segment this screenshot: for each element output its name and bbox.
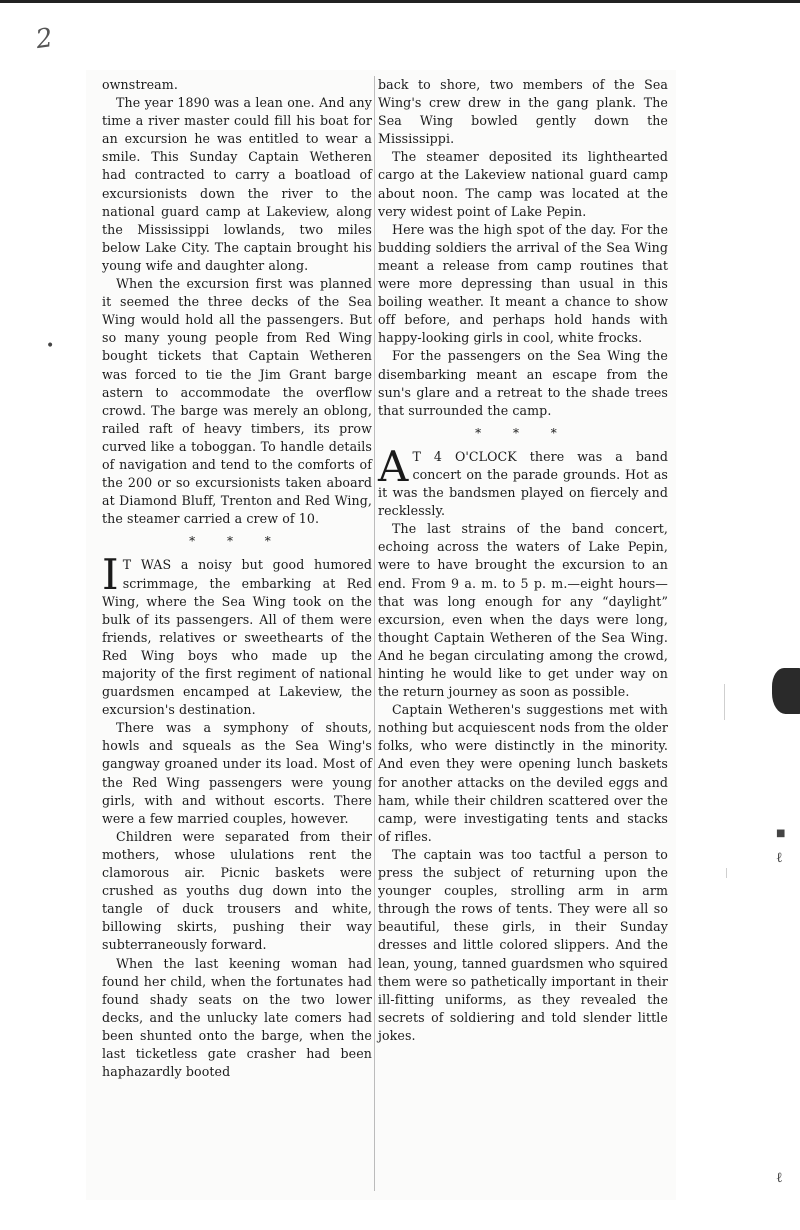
section-separator: * * * [378,424,668,442]
article-column-right: back to shore, two members of the Sea Wi… [374,76,668,1191]
margin-scribble-mark: ℓ [776,850,783,867]
article-paragraph: Captain Wetheren's suggestions met with … [378,701,668,846]
lead-in-caps: T 4 O'CLOCK [412,449,516,464]
section-separator: * * * [102,532,372,550]
article-paragraph: When the last keening woman had found he… [102,955,372,1082]
ink-blot-mark [772,668,800,714]
page-top-edge [0,0,800,3]
margin-dot-mark: • [46,338,54,354]
article-paragraph: The year 1890 was a lean one. And any ti… [102,94,372,275]
margin-speck-mark: ■ [776,828,785,839]
scan-artifact-line [724,684,725,720]
article-paragraph: Here was the high spot of the day. For t… [378,221,668,348]
drop-cap: I [102,558,119,592]
paragraph-text: a noisy but good humored scrimmage, the … [102,557,372,717]
handwritten-page-number: 2 [34,23,55,55]
article-paragraph: For the passengers on the Sea Wing the d… [378,347,668,419]
drop-cap: A [378,450,408,484]
scan-artifact-line-2 [726,868,727,878]
article-paragraph: ownstream. [102,76,372,94]
article-paragraph: AT 4 O'CLOCK there was a band concert on… [378,448,668,520]
article-column-left: ownstream.The year 1890 was a lean one. … [102,76,372,1081]
article-paragraph: IT WAS a noisy but good humored scrimmag… [102,556,372,719]
article-paragraph: There was a symphony of shouts, howls an… [102,719,372,828]
article-paragraph: back to shore, two members of the Sea Wi… [378,76,668,148]
article-paragraph: Children were separated from their mothe… [102,828,372,955]
article-paragraph: The steamer deposited its lighthearted c… [378,148,668,220]
article-paragraph: The last strains of the band concert, ec… [378,520,668,701]
lead-in-caps: T WAS [123,557,171,572]
article-paragraph: When the excursion first was planned it … [102,275,372,528]
margin-scribble-mark-2: ℓ [776,1170,783,1187]
article-paragraph: The captain was too tactful a person to … [378,846,668,1045]
